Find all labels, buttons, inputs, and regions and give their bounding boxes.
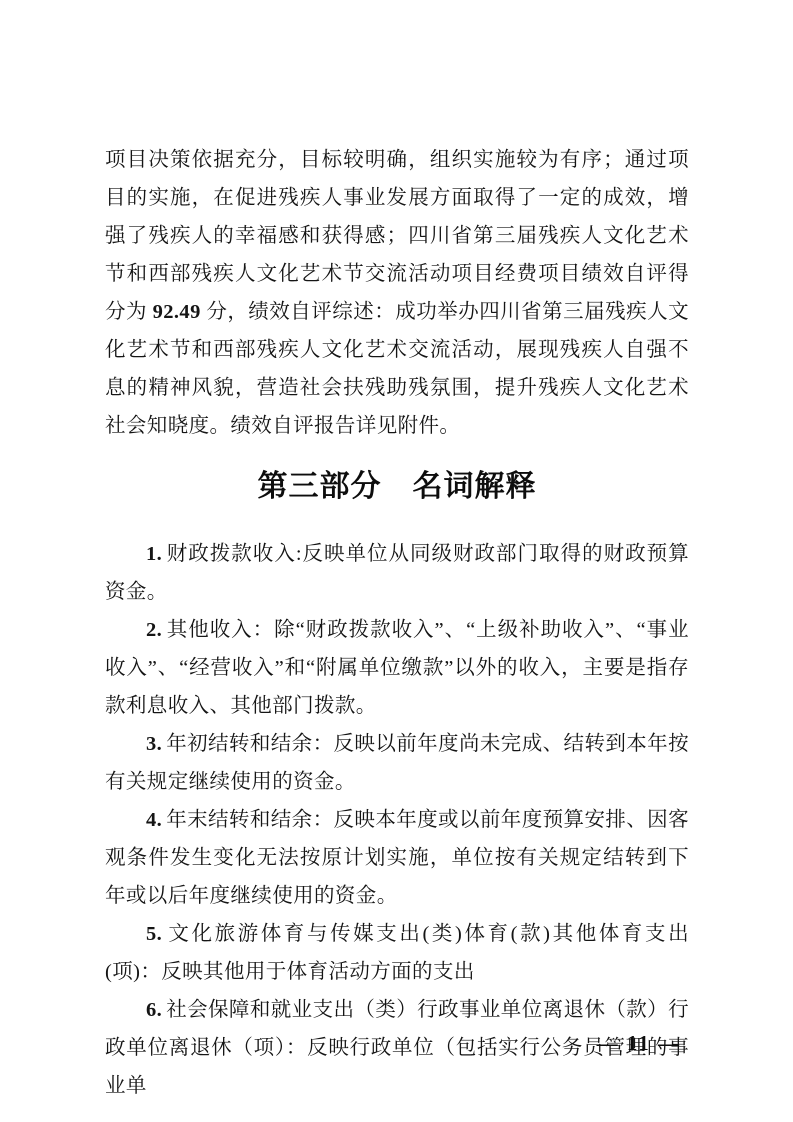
self-evaluation-score: 92.49: [153, 301, 201, 323]
definition-item-5: 5.文化旅游体育与传媒支出(类)体育(款)其他体育支出(项)：反映其他用于体育活…: [105, 915, 689, 991]
definition-number-5: 5.: [146, 923, 166, 945]
definition-text-3: 年初结转和结余：反映以前年度尚未完成、结转到本年按有关规定继续使用的资金。: [105, 733, 689, 793]
definition-item-2: 2.其他收入：除“财政拨款收入”、“上级补助收入”、“事业收入”、“经营收入”和…: [105, 611, 689, 725]
definition-item-4: 4.年末结转和结余：反映本年度或以前年度预算安排、因客观条件发生变化无法按原计划…: [105, 801, 689, 915]
intro-text-before-score: 项目决策依据充分，目标较明确，组织实施较为有序；通过项目的实施，在促进残疾人事业…: [105, 149, 689, 323]
page-footer: — 11 —: [597, 1031, 681, 1056]
intro-paragraph: 项目决策依据充分，目标较明确，组织实施较为有序；通过项目的实施，在促进残疾人事业…: [105, 141, 689, 445]
definition-text-5: 文化旅游体育与传媒支出(类)体育(款)其他体育支出(项)：反映其他用于体育活动方…: [105, 923, 689, 983]
definition-text-1: 财政拨款收入:反映单位从同级财政部门取得的财政预算资金。: [105, 543, 689, 603]
page-number: — 11 —: [597, 1031, 681, 1055]
definition-text-4: 年末结转和结余：反映本年度或以前年度预算安排、因客观条件发生变化无法按原计划实施…: [105, 809, 689, 907]
definition-text-2: 其他收入：除“财政拨款收入”、“上级补助收入”、“事业收入”、“经营收入”和“附…: [105, 619, 689, 717]
document-page: 项目决策依据充分，目标较明确，组织实施较为有序；通过项目的实施，在促进残疾人事业…: [0, 0, 793, 1122]
definition-number-4: 4.: [146, 809, 166, 831]
definition-number-3: 3.: [146, 733, 166, 755]
definition-number-1: 1.: [146, 543, 166, 565]
definition-item-1: 1.财政拨款收入:反映单位从同级财政部门取得的财政预算资金。: [105, 535, 689, 611]
definition-item-3: 3.年初结转和结余：反映以前年度尚未完成、结转到本年按有关规定继续使用的资金。: [105, 725, 689, 801]
section-heading: 第三部分 名词解释: [105, 465, 689, 509]
definitions-list: 1.财政拨款收入:反映单位从同级财政部门取得的财政预算资金。 2.其他收入：除“…: [105, 535, 689, 1105]
definition-number-6: 6.: [146, 999, 166, 1021]
definition-number-2: 2.: [146, 619, 166, 641]
